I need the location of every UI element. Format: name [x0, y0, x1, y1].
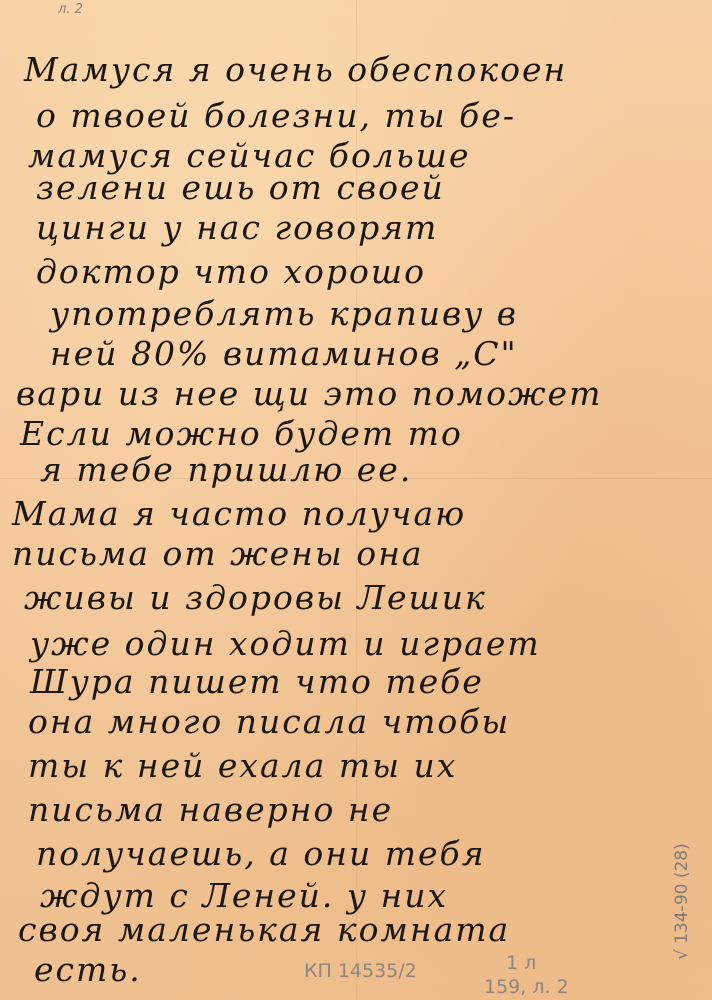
- letter-line: Мамуся я очень обеспокоен: [24, 50, 567, 89]
- letter-line: вари из нее щи это поможет: [16, 374, 602, 413]
- letter-line: Мама я часто получаю: [12, 494, 466, 533]
- letter-line: Шура пишет что тебе: [30, 662, 484, 701]
- archive-sheet-count: 1 л: [506, 952, 536, 974]
- letter-line: ты к ней ехала ты их: [28, 746, 457, 785]
- letter-line: я тебе пришлю ее.: [40, 450, 412, 489]
- letter-line: цинги у нас говорят: [36, 208, 438, 247]
- letter-line: ней 80% витаминов „С": [50, 334, 518, 373]
- letter-line: уже один ходит и играет: [30, 624, 541, 663]
- letter-line: письма наверно не: [28, 790, 393, 829]
- letter-line: получаешь, а они тебя: [36, 834, 486, 873]
- letter-line: употреблять крапиву в: [50, 294, 518, 333]
- letter-line: доктор что хорошо: [36, 252, 426, 291]
- letter-line: своя маленькая комната: [18, 910, 510, 949]
- archive-folio: 159, л. 2: [484, 976, 569, 998]
- archive-inventory-number: КП 14535/2: [304, 960, 417, 982]
- page-number-mark: л. 2: [58, 2, 83, 17]
- letter-line: есть.: [34, 950, 142, 989]
- letter-line: она много писала чтобы: [28, 702, 510, 741]
- letter-page: л. 2 Мамуся я очень обеспокоен о твоей б…: [0, 0, 712, 1000]
- vertical-archive-annotation: √ 134-90 (28): [672, 843, 692, 960]
- letter-line: письма от жены она: [12, 534, 424, 573]
- letter-line: о твоей болезни, ты бе-: [36, 96, 516, 135]
- letter-line: живы и здоровы Лешик: [24, 578, 487, 617]
- letter-line: Если можно будет то: [20, 414, 463, 453]
- letter-line: зелени ешь от своей: [36, 168, 445, 207]
